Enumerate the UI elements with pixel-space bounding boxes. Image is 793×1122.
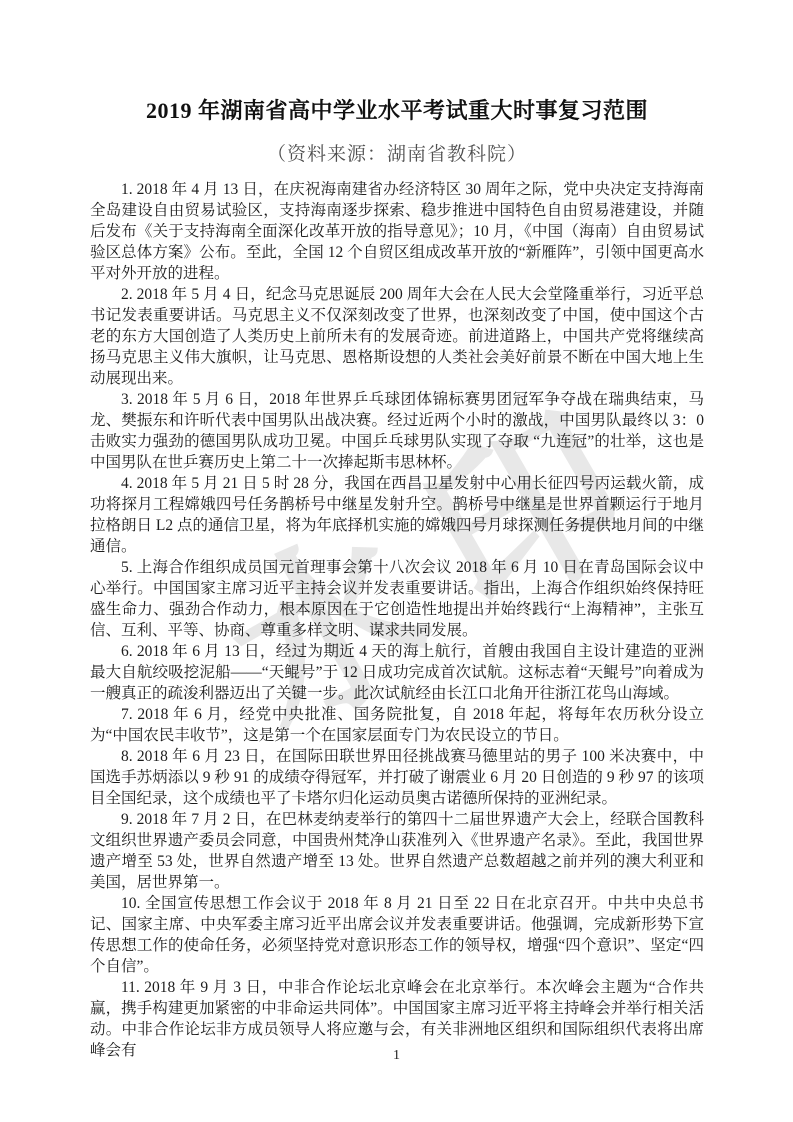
document-page: 水印 2019 年湖南省高中学业水平考试重大时事复习范围 （资料来源：湖南省教科… [0, 0, 793, 1122]
paragraph-2: 2. 2018 年 5 月 4 日，纪念马克思诞辰 200 周年大会在人民大会堂… [90, 284, 704, 389]
paragraph-4: 4. 2018 年 5 月 21 日 5 时 28 分，我国在西昌卫星发射中心用… [90, 473, 704, 557]
paragraph-3: 3. 2018 年 5 月 6 日，2018 年世界乒乓球团体锦标赛男团冠军争夺… [90, 389, 704, 473]
paragraph-10: 10. 全国宣传思想工作会议于 2018 年 8 月 21 日至 22 日在北京… [90, 893, 704, 977]
page-number: 1 [0, 1048, 793, 1064]
page-title: 2019 年湖南省高中学业水平考试重大时事复习范围 [90, 94, 704, 125]
paragraph-7: 7. 2018 年 6 月，经党中央批准、国务院批复，自 2018 年起，将每年… [90, 704, 704, 746]
paragraph-6: 6. 2018 年 6 月 13 日，经过为期近 4 天的海上航行，首艘由我国自… [90, 641, 704, 704]
paragraph-8: 8. 2018 年 6 月 23 日，在国际田联世界田径挑战赛马德里站的男子 1… [90, 746, 704, 809]
paragraph-1: 1. 2018 年 4 月 13 日，在庆祝海南建省办经济特区 30 周年之际，… [90, 179, 704, 284]
document-content: 2019 年湖南省高中学业水平考试重大时事复习范围 （资料来源：湖南省教科院） … [90, 94, 704, 1061]
paragraph-5: 5. 上海合作组织成员国元首理事会第十八次会议 2018 年 6 月 10 日在… [90, 557, 704, 641]
paragraph-9: 9. 2018 年 7 月 2 日，在巴林麦纳麦举行的第四十二届世界遗产大会上，… [90, 809, 704, 893]
source-subtitle: （资料来源：湖南省教科院） [90, 139, 704, 166]
